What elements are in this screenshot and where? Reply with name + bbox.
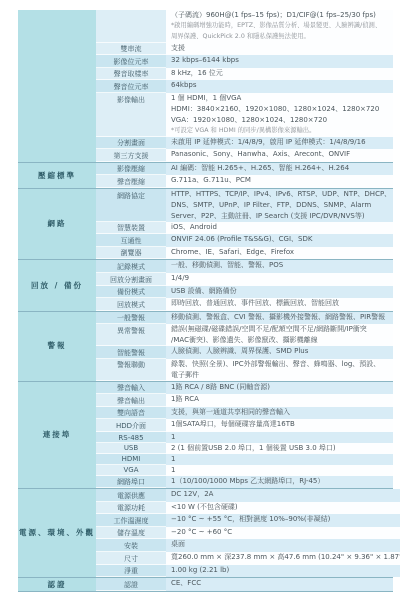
attr-cell: 雙向語音 — [96, 407, 166, 420]
value-line: HDMI：3840×2160、1920×1080、1280×1024、1280×… — [171, 104, 393, 115]
value-line: 8 kHz，16 位元 — [171, 68, 393, 79]
section-rows: 記錄模式一般、移動偵測、智能、警報、POS回放分割畫面1/4/9備份模式USB … — [96, 260, 393, 310]
value-cell: 1路 RCA / 8路 BNC (同軸音源) — [166, 382, 393, 395]
value-cell: （子碼流）960H@(1 fps–15 fps)；D1/CIF@(1 fps–2… — [166, 10, 393, 43]
value-line: G.711a、G.711u、PCM — [171, 175, 393, 186]
attr-cell: 智能警報 — [96, 346, 166, 359]
value-line: DC 12V，2A — [171, 489, 400, 500]
value-cell: <10 W (不包含硬碟) — [166, 502, 400, 515]
spec-row: 記錄模式一般、移動偵測、智能、警報、POS — [96, 260, 393, 273]
attr-cell: 分割畫面 — [96, 137, 166, 150]
attr-cell: 儲存溫度 — [96, 527, 166, 540]
value-cell: ONVIF 24.06 (Profile T&S&G)、CGI、SDK — [166, 234, 393, 247]
spec-row: 警報聯動錄製、快照(全景)、IPC外部警報輸出、聲音、蜂鳴器、log、預設、電子… — [96, 359, 393, 381]
value-cell: 8 kHz，16 位元 — [166, 68, 393, 81]
value-line: 未啟用 IP 延伸模式：1/4/8/9，啟用 IP 延伸模式：1/4/8/9/1… — [171, 137, 393, 148]
value-line: 1（10/100/1000 Mbps 乙太網路埠口，RJ-45） — [171, 476, 393, 487]
value-line: 32 kbps–6144 kbps — [171, 55, 393, 66]
spec-row: 智能警報人臉偵測、人臉辨識、周界保護、SMD Plus — [96, 346, 393, 359]
attr-cell: HDD介面 — [96, 419, 166, 432]
spec-row: 影像壓縮AI 編碼：智能 H.265+、H.265、智能 H.264+、H.26… — [96, 163, 393, 176]
value-line: 1個SATA埠口，每個硬碟容量高達16TB — [171, 419, 393, 430]
attr-cell: 聲音位元率 — [96, 80, 166, 93]
spec-row: 互通性ONVIF 24.06 (Profile T&S&G)、CGI、SDK — [96, 234, 393, 247]
section-rows: 影像壓縮AI 編碼：智能 H.265+、H.265、智能 H.264+、H.26… — [96, 163, 393, 188]
value-cell: Chrome、IE、Safari、Edge、Firefox — [166, 247, 393, 260]
value-cell: 一般、移動偵測、智能、警報、POS — [166, 260, 393, 273]
value-line: −20 °C ~ +60 °C — [171, 527, 400, 538]
spec-row: 影像輸出1 個 HDMI，1 個VGAHDMI：3840×2160、1920×1… — [96, 93, 393, 137]
attr-cell — [96, 10, 166, 43]
attr-cell: 聲音壓縮 — [96, 175, 166, 188]
value-line: 1/4/9 — [171, 273, 393, 284]
spec-row: 影像位元率32 kbps–6144 kbps — [96, 55, 393, 68]
spec-row: 工作溫濕度−10 °C ~ +55 °C，相對濕度 10%–90%(非凝結) — [96, 514, 400, 527]
spec-row: RS-4851 — [96, 432, 393, 443]
value-line: 支援，與第一通道共享相同的聲音輸入 — [171, 407, 393, 418]
spec-row: （子碼流）960H@(1 fps–15 fps)；D1/CIF@(1 fps–2… — [96, 10, 393, 43]
value-line: 1路 RCA — [171, 394, 393, 405]
spec-row: 回放分割畫面1/4/9 — [96, 273, 393, 286]
section-rows: 一般警報移動偵測、警報盒、CVI 警報、攝影機外接警報、網路警報、PIR警報異常… — [96, 312, 393, 381]
attr-cell: 網路協定 — [96, 189, 166, 222]
spec-section: 回放 / 備份記錄模式一般、移動偵測、智能、警報、POS回放分割畫面1/4/9備… — [18, 259, 393, 310]
value-line: USB 設備、網路備份 — [171, 286, 393, 297]
note-line: *啟用編碼增強功能時，EPTZ、影像品質分析、場景變更、人臉辨識/偵測、 — [171, 21, 393, 32]
spec-section: 壓縮標準影像壓縮AI 編碼：智能 H.265+、H.265、智能 H.264+、… — [18, 162, 393, 188]
value-cell: HTTP、HTTPS、TCP/IP、IPv4、IPv6、RTSP、UDP、NTP… — [166, 189, 393, 222]
value-line: VGA：1920×1080、1280×1024、1280×720 — [171, 115, 393, 126]
spec-row: 聲音輸入1路 RCA / 8路 BNC (同軸音源) — [96, 382, 393, 395]
attr-cell: 回放分割畫面 — [96, 273, 166, 286]
spec-row: 一般警報移動偵測、警報盒、CVI 警報、攝影機外接警報、網路警報、PIR警報 — [96, 312, 393, 325]
attr-cell: 電源供應 — [96, 489, 166, 502]
attr-cell: 聲音取樣率 — [96, 68, 166, 81]
spec-row: 安裝桌面 — [96, 539, 400, 544]
spec-row: 第三方支援Panasonic、Sony、Hanwha、Axis、Arecont、… — [96, 149, 393, 162]
category-cell — [18, 10, 96, 162]
value-cell: 1 — [166, 465, 393, 476]
value-cell: Panasonic、Sony、Hanwha、Axis、Arecont、ONVIF — [166, 149, 393, 162]
spec-row: 雙向語音支援，與第一通道共享相同的聲音輸入 — [96, 407, 393, 420]
attr-cell: 記錄模式 — [96, 260, 166, 273]
attr-cell: RS-485 — [96, 432, 166, 443]
spec-row: VGA1 — [96, 465, 393, 476]
attr-cell: 互通性 — [96, 234, 166, 247]
section-rows: 聲音輸入1路 RCA / 8路 BNC (同軸音源)聲音輸出1路 RCA雙向語音… — [96, 382, 393, 489]
value-cell: 人臉偵測、人臉辨識、周界保護、SMD Plus — [166, 346, 393, 359]
attr-cell: USB — [96, 443, 166, 454]
value-line: iOS、Android — [171, 222, 393, 233]
attr-cell: 工作溫濕度 — [96, 514, 166, 527]
spec-section: 連接埠聲音輸入1路 RCA / 8路 BNC (同軸音源)聲音輸出1路 RCA雙… — [18, 381, 393, 489]
value-line: 桌面 — [171, 539, 400, 544]
value-line: 1 個 HDMI，1 個VGA — [171, 93, 393, 104]
attr-cell: 影像輸出 — [96, 93, 166, 137]
value-cell: 1（10/100/1000 Mbps 乙太網路埠口，RJ-45） — [166, 476, 393, 489]
value-line: （子碼流）960H@(1 fps–15 fps)；D1/CIF@(1 fps–2… — [171, 10, 393, 21]
value-cell: DC 12V，2A — [166, 489, 400, 502]
value-cell: 1個SATA埠口，每個硬碟容量高達16TB — [166, 419, 393, 432]
spec-row: 聲音取樣率8 kHz，16 位元 — [96, 68, 393, 81]
attr-cell: VGA — [96, 465, 166, 476]
value-cell: 錯誤(無磁碟/磁碟錯誤/空間不足/配額空間不足/網路斷開/IP衝突/MAC衝突)… — [166, 324, 393, 346]
value-line: 錄製、快照(全景)、IPC外部警報輸出、聲音、蜂鳴器、log、預設、 — [171, 359, 393, 370]
value-line: 移動偵測、警報盒、CVI 警報、攝影機外接警報、網路警報、PIR警報 — [171, 312, 393, 323]
attr-cell: 異常警報 — [96, 324, 166, 346]
spec-row: 網路協定HTTP、HTTPS、TCP/IP、IPv4、IPv6、RTSP、UDP… — [96, 189, 393, 222]
value-line: 1路 RCA / 8路 BNC (同軸音源) — [171, 382, 393, 393]
value-line: Panasonic、Sony、Hanwha、Axis、Arecont、ONVIF — [171, 149, 393, 160]
attr-cell: 警報聯動 — [96, 359, 166, 381]
spec-row: 聲音輸出1路 RCA — [96, 394, 393, 407]
attr-cell: 回放模式 — [96, 298, 166, 311]
value-cell: 錄製、快照(全景)、IPC外部警報輸出、聲音、蜂鳴器、log、預設、電子郵件 — [166, 359, 393, 381]
attr-cell: 備份模式 — [96, 286, 166, 299]
spec-row: HDD介面1個SATA埠口，每個硬碟容量高達16TB — [96, 419, 393, 432]
value-line: 2 (1 個前置USB 2.0 埠口，1 個後置 USB 3.0 埠口) — [171, 443, 393, 454]
value-line: 64kbps — [171, 80, 393, 91]
value-line: 一般、移動偵測、智能、警報、POS — [171, 260, 393, 271]
value-line: 人臉偵測、人臉辨識、周界保護、SMD Plus — [171, 346, 393, 357]
attr-cell: 電源功耗 — [96, 502, 166, 515]
value-cell: 1路 RCA — [166, 394, 393, 407]
spec-row: 回放模式即時回放、普通回放、事件回放、標籤回放、智能回放 — [96, 298, 393, 311]
attr-cell: 一般警報 — [96, 312, 166, 325]
category-cell: 網路 — [18, 189, 96, 259]
spec-row: 智慧裝置iOS、Android — [96, 222, 393, 235]
note-line: 周界保護、QuickPick 2.0 和隱私保護無法使用。 — [171, 32, 393, 43]
value-cell: −20 °C ~ +60 °C — [166, 527, 400, 540]
value-cell: 支援 — [166, 43, 393, 56]
value-cell: USB 設備、網路備份 — [166, 286, 393, 299]
value-line: HTTP、HTTPS、TCP/IP、IPv4、IPv6、RTSP、UDP、NTP… — [171, 189, 393, 200]
value-cell: G.711a、G.711u、PCM — [166, 175, 393, 188]
attr-cell: 安裝 — [96, 539, 166, 544]
note-line: *可設定 VGA 和 HDMI 的同步/異構影像來源輸出。 — [171, 126, 393, 137]
spec-row: 儲存溫度−20 °C ~ +60 °C — [96, 527, 400, 540]
attr-cell: 聲音輸入 — [96, 382, 166, 395]
spec-row: 異常警報錯誤(無磁碟/磁碟錯誤/空間不足/配額空間不足/網路斷開/IP衝突/MA… — [96, 324, 393, 346]
spec-row: HDMI1 — [96, 454, 393, 465]
value-cell: 1 — [166, 432, 393, 443]
value-line: Chrome、IE、Safari、Edge、Firefox — [171, 247, 393, 258]
value-line: ONVIF 24.06 (Profile T&S&G)、CGI、SDK — [171, 234, 393, 245]
value-cell: 1 個 HDMI，1 個VGAHDMI：3840×2160、1920×1080、… — [166, 93, 393, 137]
value-line: AI 編碼：智能 H.265+、H.265、智能 H.264+、H.264 — [171, 163, 393, 174]
value-cell: 32 kbps–6144 kbps — [166, 55, 393, 68]
attr-cell: 影像位元率 — [96, 55, 166, 68]
value-line: 電子郵件 — [171, 370, 393, 381]
value-cell: 64kbps — [166, 80, 393, 93]
attr-cell: 第三方支援 — [96, 149, 166, 162]
value-cell: 1 — [166, 454, 393, 465]
spec-row: 雙串流支援 — [96, 43, 393, 56]
value-line: 1 — [171, 432, 393, 443]
value-line: DNS、SMTP、UPnP、IP Filter、FTP、DDNS、SNMP、Al… — [171, 200, 393, 211]
value-line: /MAC衝突)、影像遺失、影像竄改、攝影機離線 — [171, 335, 393, 346]
spec-section: 警報一般警報移動偵測、警報盒、CVI 警報、攝影機外接警報、網路警報、PIR警報… — [18, 311, 393, 381]
attr-cell: 影像壓縮 — [96, 163, 166, 176]
value-cell: 即時回放、普通回放、事件回放、標籤回放、智能回放 — [166, 298, 393, 311]
value-cell: 2 (1 個前置USB 2.0 埠口，1 個後置 USB 3.0 埠口) — [166, 443, 393, 454]
value-cell: 桌面 — [166, 539, 400, 544]
section-rows: （子碼流）960H@(1 fps–15 fps)；D1/CIF@(1 fps–2… — [96, 10, 393, 162]
spec-table: （子碼流）960H@(1 fps–15 fps)；D1/CIF@(1 fps–2… — [18, 10, 393, 544]
spec-row: 網路埠口1（10/100/1000 Mbps 乙太網路埠口，RJ-45） — [96, 476, 393, 489]
attr-cell: 瀏覽器 — [96, 247, 166, 260]
attr-cell: 聲音輸出 — [96, 394, 166, 407]
spec-section: 電源、環境、外觀電源供應DC 12V，2A電源功耗<10 W (不包含硬碟)工作… — [18, 488, 393, 544]
value-line: 支援 — [171, 43, 393, 54]
attr-cell: 雙串流 — [96, 43, 166, 56]
spec-section: （子碼流）960H@(1 fps–15 fps)；D1/CIF@(1 fps–2… — [18, 10, 393, 162]
spec-row: 備份模式USB 設備、網路備份 — [96, 286, 393, 299]
section-rows: 網路協定HTTP、HTTPS、TCP/IP、IPv4、IPv6、RTSP、UDP… — [96, 189, 393, 259]
value-line: 1 — [171, 465, 393, 476]
category-cell: 壓縮標準 — [18, 163, 96, 188]
spec-row: 分割畫面未啟用 IP 延伸模式：1/4/8/9，啟用 IP 延伸模式：1/4/8… — [96, 137, 393, 150]
value-cell: AI 編碼：智能 H.265+、H.265、智能 H.264+、H.264 — [166, 163, 393, 176]
value-line: <10 W (不包含硬碟) — [171, 502, 400, 513]
category-cell: 警報 — [18, 312, 96, 381]
spec-row: 聲音壓縮G.711a、G.711u、PCM — [96, 175, 393, 188]
spec-row: 瀏覽器Chrome、IE、Safari、Edge、Firefox — [96, 247, 393, 260]
attr-cell: 網路埠口 — [96, 476, 166, 489]
value-cell: −10 °C ~ +55 °C，相對濕度 10%–90%(非凝結) — [166, 514, 400, 527]
value-cell: 移動偵測、警報盒、CVI 警報、攝影機外接警報、網路警報、PIR警報 — [166, 312, 393, 325]
category-cell: 電源、環境、外觀 — [18, 489, 96, 544]
spec-section: 網路網路協定HTTP、HTTPS、TCP/IP、IPv4、IPv6、RTSP、U… — [18, 188, 393, 259]
category-cell: 回放 / 備份 — [18, 260, 96, 310]
spec-row: 電源供應DC 12V，2A — [96, 489, 400, 502]
attr-cell: 智慧裝置 — [96, 222, 166, 235]
value-line: −10 °C ~ +55 °C，相對濕度 10%–90%(非凝結) — [171, 514, 400, 525]
value-line: 錯誤(無磁碟/磁碟錯誤/空間不足/配額空間不足/網路斷開/IP衝突 — [171, 324, 393, 335]
section-rows: 電源供應DC 12V，2A電源功耗<10 W (不包含硬碟)工作溫濕度−10 °… — [96, 489, 400, 544]
category-cell: 連接埠 — [18, 382, 96, 489]
value-line: 1 — [171, 454, 393, 465]
spec-row: 電源功耗<10 W (不包含硬碟) — [96, 502, 400, 515]
value-cell: 1/4/9 — [166, 273, 393, 286]
value-cell: 支援，與第一通道共享相同的聲音輸入 — [166, 407, 393, 420]
value-cell: iOS、Android — [166, 222, 393, 235]
spec-row: USB2 (1 個前置USB 2.0 埠口，1 個後置 USB 3.0 埠口) — [96, 443, 393, 454]
value-line: Server、P2P、主動註冊、IP Search (支援 IPC/DVR/NV… — [171, 211, 393, 222]
spec-row: 聲音位元率64kbps — [96, 80, 393, 93]
value-line: 即時回放、普通回放、事件回放、標籤回放、智能回放 — [171, 298, 393, 309]
attr-cell: HDMI — [96, 454, 166, 465]
value-cell: 未啟用 IP 延伸模式：1/4/8/9，啟用 IP 延伸模式：1/4/8/9/1… — [166, 137, 393, 150]
